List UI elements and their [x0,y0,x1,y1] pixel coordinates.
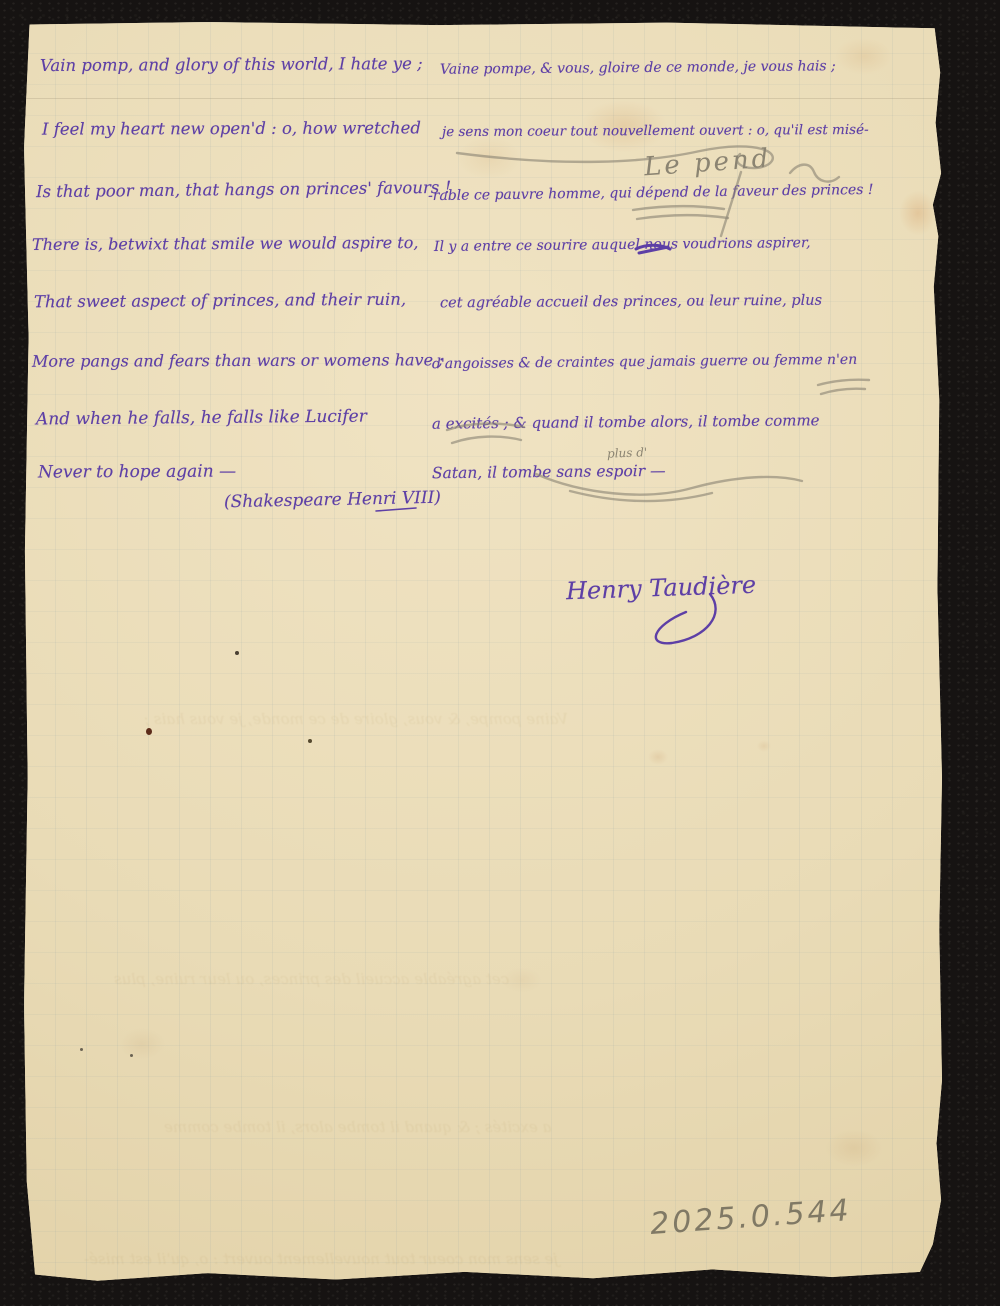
pencil-slash [721,172,741,236]
verse-line-en-6: More pangs and fears than wars or womens… [32,350,444,370]
speck [235,651,239,655]
bleedthrough-ghost-line: a excités ; & quand il tombe alors, il t… [164,1118,552,1136]
speck [130,1054,133,1057]
verse-line-en-2: I feel my heart new open'd : o, how wret… [42,118,421,138]
verse-line-en-8: Never to hope again — [38,461,236,482]
signature: Henry Taudière [566,571,757,606]
bleedthrough-ghost-line: Vaine pompe, & vous, gloire de ce monde,… [144,710,568,728]
verse-line-fr-7: a excités ; & quand il tombe alors, il t… [432,411,820,432]
pencil-caret [790,165,839,182]
verse-line-en-7: And when he falls, he falls like Lucifer [36,407,367,430]
speck [308,739,312,743]
verse-line-en-1: Vain pomp, and glory of this world, I ha… [40,54,423,75]
bleedthrough-ghost-line: cet agréable accueil des princes, ou leu… [114,970,509,988]
verse-line-fr-6: d'angoisses & de craintes que jamais gue… [432,352,857,372]
verse-line-en-3: Is that poor man, that hangs on princes'… [36,178,451,201]
speck [80,1048,83,1051]
ink-speck [146,728,152,735]
manuscript-page: Vaine pompe, & vous, gloire de ce monde,… [24,22,942,1282]
pencil-double-underline [633,206,728,219]
verse-line-fr-1: Vaine pompe, & vous, gloire de ce monde,… [440,58,836,77]
foxing-stain [814,1122,894,1174]
verse-line-en-5: That sweet aspect of princes, and their … [34,290,406,312]
pencil-margin-marks [818,380,869,394]
foxing-stain [754,738,774,754]
foxing-stain [110,1022,174,1066]
verse-line-fr-5: cet agréable accueil des princes, ou leu… [440,293,822,312]
accession-number: 2025.0.544 [649,1193,853,1242]
verse-line-fr-8: Satan, il tombe sans espoir — [432,462,666,482]
paper-crease [24,98,942,99]
photo-background: Vaine pompe, & vous, gloire de ce monde,… [0,0,1000,1306]
verse-line-fr-2: je sens mon coeur tout nouvellement ouve… [442,122,869,140]
foxing-stain [644,746,672,768]
verse-line-en-4: There is, betwixt that smile we would as… [32,233,418,254]
attribution-line: (Shakespeare Henri VIII) [224,488,441,513]
foxing-stain [892,182,944,244]
bleedthrough-ghost-line: je sens mon coeur tout nouvellement ouve… [84,1250,558,1268]
pencil-insertion: plus d' [607,445,648,460]
verse-line-fr-4: Il y a entre ce sourire auquel nous voud… [434,235,811,255]
annotation-strokes [24,22,942,1282]
